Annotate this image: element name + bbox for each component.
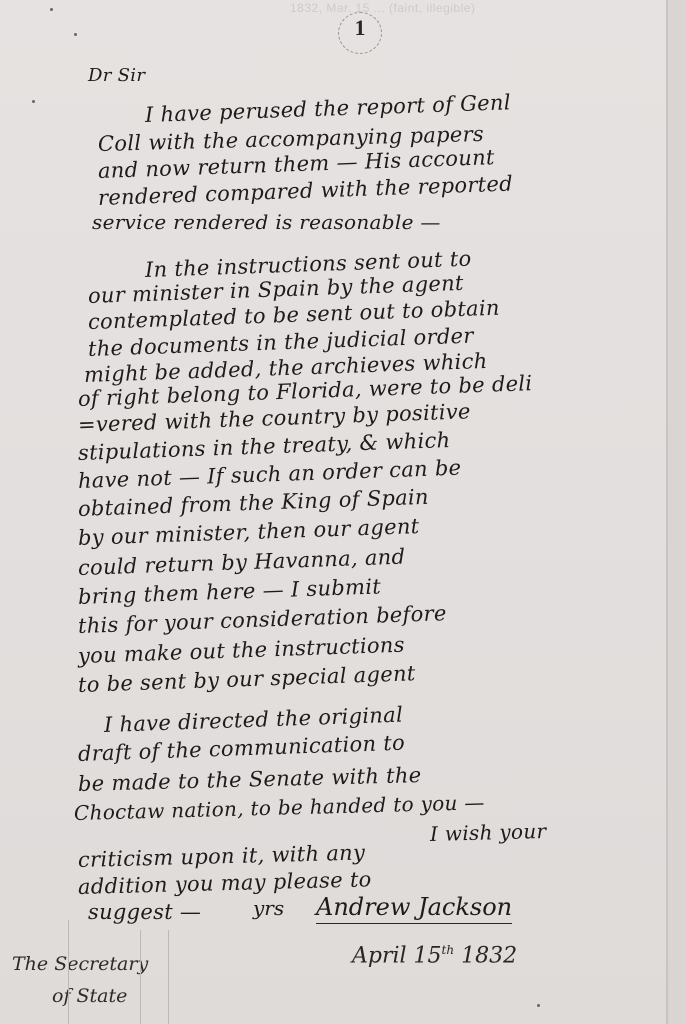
date-year: 1832 [461, 943, 517, 968]
addressee-line-2: of State [12, 980, 148, 1012]
addressee: The Secretary of State [12, 948, 148, 1012]
scan-margin [668, 0, 686, 1024]
speck [50, 8, 53, 11]
pencil-mark [68, 920, 69, 1024]
date-month-day: April 15 [352, 943, 442, 968]
body-line: by our minister, then our agent [78, 514, 420, 550]
body-line: be made to the Senate with the [78, 763, 422, 796]
speck [74, 33, 77, 36]
body-line: service rendered is reasonable — [92, 210, 441, 234]
addressee-line-1: The Secretary [12, 953, 148, 975]
speck [537, 1004, 540, 1007]
date-ordinal: th [442, 943, 455, 957]
pencil-mark [168, 930, 169, 1024]
pencil-mark [140, 930, 141, 1024]
archival-note: 1832, Mar. 15 ... (faint, illegible) [290, 1, 550, 15]
date: April 15th 1832 [352, 943, 517, 968]
body-line: I wish your [430, 819, 547, 846]
body-line: I have perused the report of Genl [145, 90, 512, 127]
body-line: criticism upon it, with any [78, 840, 366, 872]
body-line: suggest — [88, 900, 201, 924]
body-line: bring them here — I submit [78, 574, 382, 609]
letter-page: 1832, Mar. 15 ... (faint, illegible) 1 D… [0, 0, 672, 1024]
body-line: Choctaw nation, to be handed to you — [74, 790, 485, 825]
speck [32, 100, 35, 103]
page-number-stamp: 1 [338, 12, 382, 54]
body-line: to be sent by our special agent [78, 661, 416, 697]
signature: Andrew Jackson [316, 893, 512, 924]
closing: yrs [253, 896, 284, 920]
salutation: Dr Sir [88, 65, 145, 86]
